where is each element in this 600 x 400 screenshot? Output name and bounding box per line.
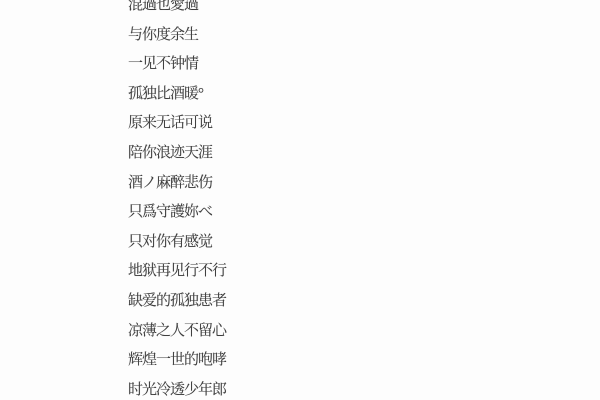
nickname-line: 只爲守護妳べ xyxy=(128,198,568,228)
nickname-line: 辉煌一世的咆哮 xyxy=(128,346,568,376)
nickname-line: 混過也愛過 xyxy=(128,0,568,21)
nickname-line: 与你度余生 xyxy=(128,21,568,51)
nickname-list: 混過也愛過 与你度余生 一见不钟情 孤独比酒暖° 原来无话可说 陪你浪迹天涯 酒… xyxy=(128,0,568,400)
nickname-line: 缺爱的孤独患者 xyxy=(128,287,568,317)
nickname-line: 地狱再见行不行 xyxy=(128,257,568,287)
nickname-line: 一见不钟情 xyxy=(128,50,568,80)
nickname-line: 时光冷透少年郎 xyxy=(128,376,568,400)
nickname-line: 酒ノ麻醉悲伤 xyxy=(128,169,568,199)
nickname-line: 只对你有感觉 xyxy=(128,228,568,258)
nickname-line: 陪你浪迹天涯 xyxy=(128,139,568,169)
nickname-line: 孤独比酒暖° xyxy=(128,80,568,110)
nickname-line: 原来无话可说 xyxy=(128,109,568,139)
nickname-line: 凉薄之人不留心 xyxy=(128,317,568,347)
